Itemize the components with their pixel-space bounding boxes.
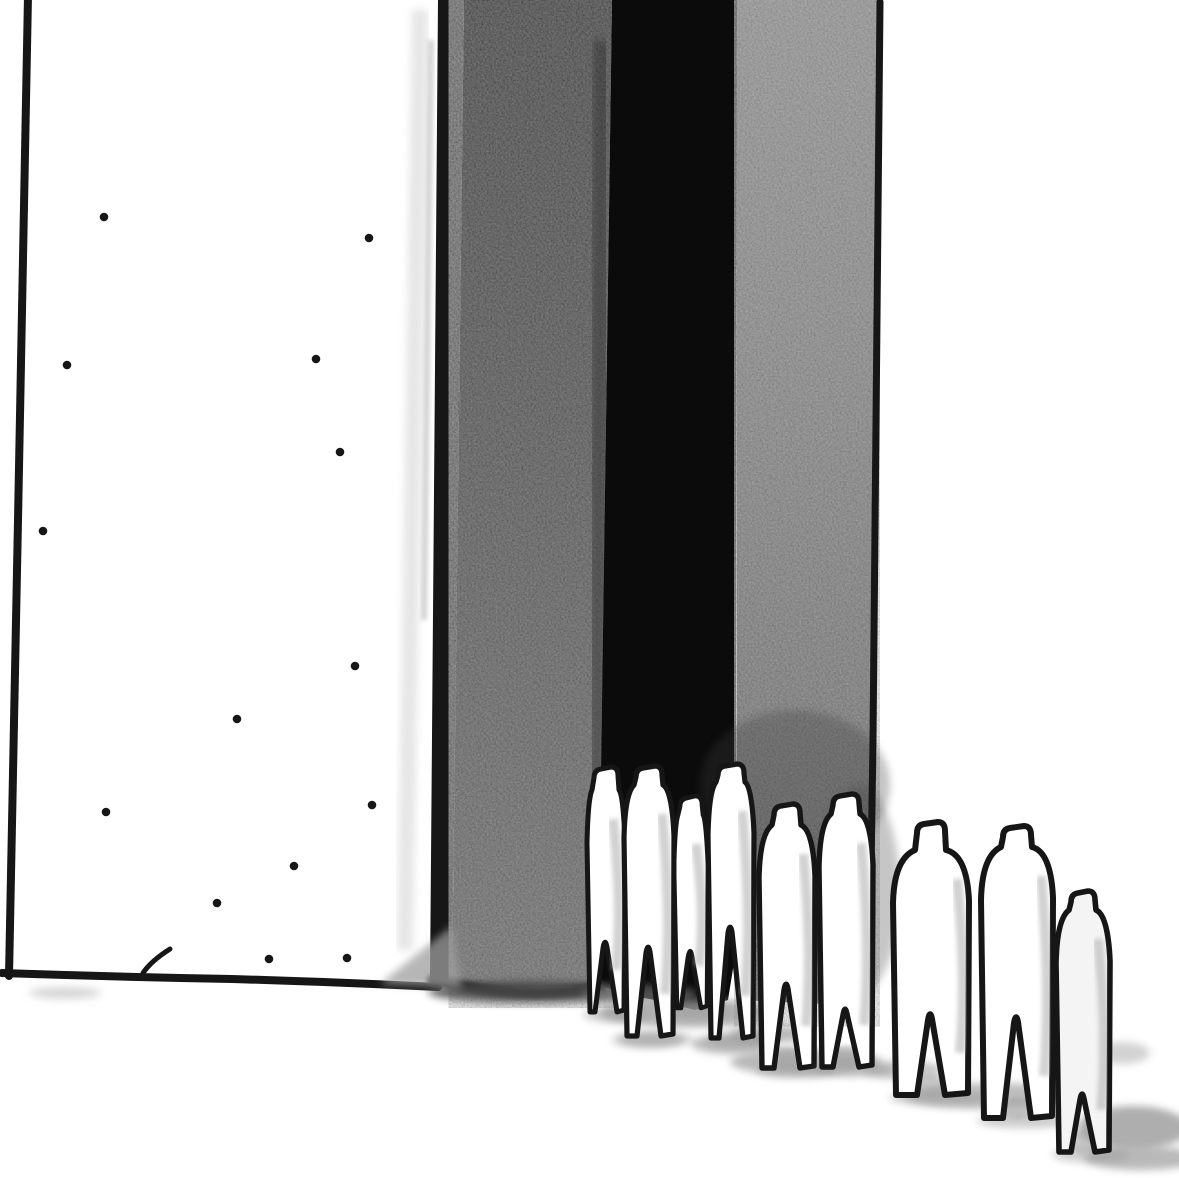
wall-speck [39,527,48,536]
wall-speck [336,448,345,457]
wall-speck [233,715,242,724]
blank-wall [0,0,445,987]
wall-speck [63,361,72,370]
figure-side-shading [861,843,867,1025]
wall-speck [351,662,360,671]
wall-speck [312,355,321,364]
wall-speck [100,213,109,222]
illustration-canvas [0,0,1179,1178]
figure-side-shading [662,814,668,994]
wall-speck [365,234,374,243]
wall-speck [290,862,299,871]
figure-side-shading [957,879,963,1053]
figure-side-shading [1041,876,1047,1076]
figure-side-shading [803,854,809,1026]
figure-side-shading [1098,939,1104,1110]
ground-shadow [29,987,101,999]
wall-speck [368,801,377,810]
wall-face [0,0,445,978]
wall-speck [213,899,222,908]
figure-7 [889,822,989,1105]
figure-side-shading [696,844,702,966]
wall-speck [265,955,274,964]
wall-speck [343,954,352,963]
figure-group [583,764,1130,1162]
illustration-stage [0,0,1179,1178]
figure-side-shading [613,819,619,970]
wall-speck [102,808,111,817]
figure-side-shading [742,811,748,996]
